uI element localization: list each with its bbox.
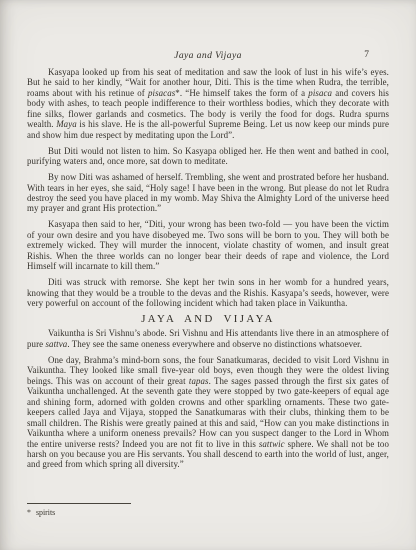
book-page: Jaya and Vijaya 7 Kasyapa looked up from…	[0, 0, 416, 550]
paragraph-kasyapa-prophecy: Kasyapa then said to her, “Diti, your wr…	[27, 219, 389, 271]
section-heading: JAYA AND VIJAYA	[27, 314, 389, 324]
paragraph-sanatkumaras-visit: One day, Brahma’s mind-born sons, the fo…	[27, 355, 389, 470]
paragraph-kasyapa-meditation: Kasyapa looked up from his seat of medit…	[27, 67, 389, 140]
page-header: Jaya and Vijaya 7	[27, 50, 389, 64]
paragraph-diti-ashamed: By now Diti was ashamed of herself. Trem…	[27, 172, 389, 214]
footnote-line: *spirits	[27, 508, 389, 517]
paragraph-vaikuntha-abode: Vaikuntha is Sri Vishnu’s abode. Sri Vis…	[27, 328, 389, 349]
page-number: 7	[364, 50, 369, 60]
footnote: *spirits	[27, 503, 389, 517]
paragraph-diti-remorse: Diti was struck with remorse. She kept h…	[27, 277, 389, 308]
footnote-text: spirits	[36, 508, 55, 517]
running-title: Jaya and Vijaya	[27, 50, 389, 61]
paragraph-diti-would-not-listen: But Diti would not listen to him. So Kas…	[27, 146, 389, 167]
footnote-rule	[27, 503, 131, 504]
footnote-marker: *	[27, 508, 31, 517]
page-body: Kasyapa looked up from his seat of medit…	[27, 67, 389, 475]
